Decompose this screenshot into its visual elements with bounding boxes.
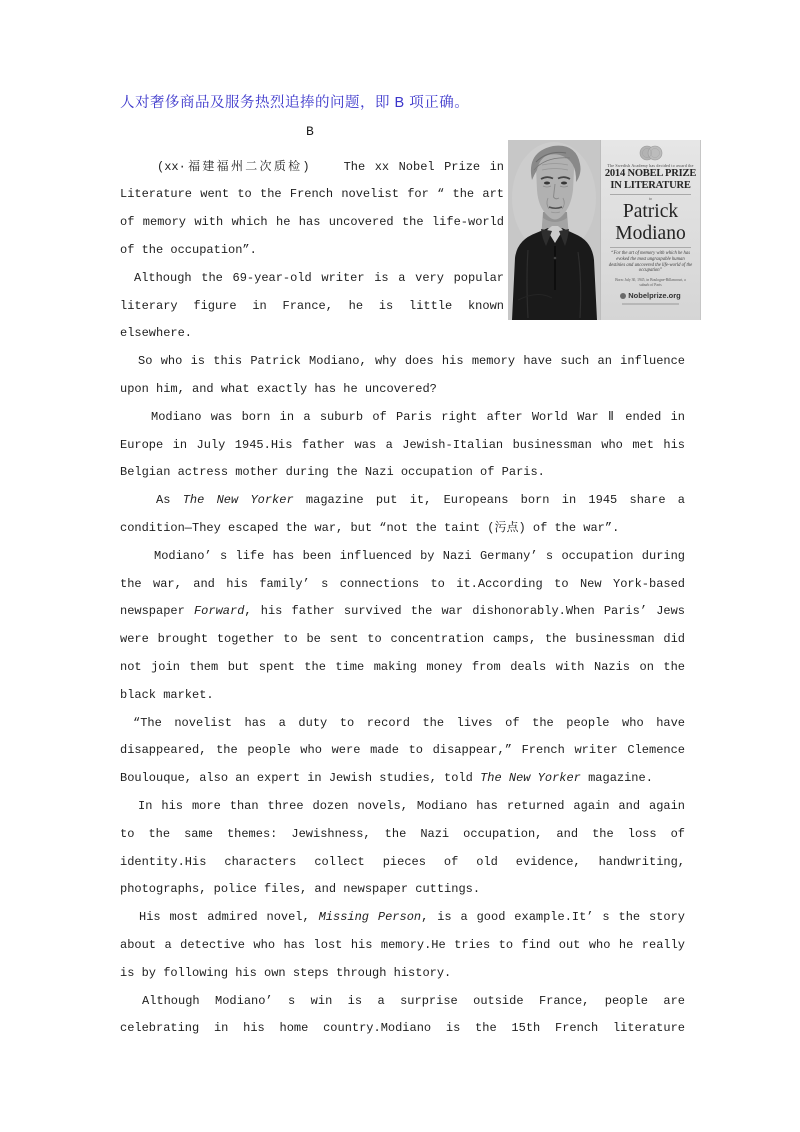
article-paragraph: “The novelist has a duty to record the l…	[120, 710, 685, 793]
publication-name: The New Yorker	[480, 771, 581, 785]
article-paragraph: His most admired novel, Missing Person, …	[120, 904, 685, 987]
article-body: 人对奢侈商品及服务热烈追捧的问题，即 B 项正确。 B (xx·福建福州二次质检…	[120, 90, 685, 1043]
article-paragraph: Modiano’ s life has been influenced by N…	[120, 543, 685, 710]
publication-name: The New Yorker	[183, 493, 294, 507]
paragraph-text: magazine.	[581, 771, 653, 785]
article-paragraph: In his more than three dozen novels, Mod…	[120, 793, 685, 904]
paragraph-text: Although the 69-year-old writer is a ver…	[120, 271, 504, 341]
article-paragraph: (xx·福建福州二次质检)The xx Nobel Prize in Liter…	[120, 154, 504, 265]
source-tag: (xx·福建福州二次质检)	[157, 160, 310, 174]
paragraph-text: In his more than three dozen novels, Mod…	[120, 799, 685, 896]
article-paragraph: As The New Yorker magazine put it, Europ…	[120, 487, 685, 543]
paragraph-text: Although Modiano’ s win is a surprise ou…	[120, 994, 685, 1036]
paragraph-text: Modiano was born in a suburb of Paris ri…	[120, 410, 685, 480]
paragraph-text: , his father survived the war dishonorab…	[120, 604, 685, 701]
article-paragraph: So who is this Patrick Modiano, why does…	[120, 348, 685, 404]
section-label: B	[120, 118, 685, 146]
paragraph-text: The xx Nobel Prize in Literature went to…	[120, 160, 504, 257]
article-paragraph: Although Modiano’ s win is a surprise ou…	[120, 988, 685, 1044]
intro-paragraphs: (xx·福建福州二次质检)The xx Nobel Prize in Liter…	[120, 154, 504, 349]
article-paragraph: Modiano was born in a suburb of Paris ri…	[120, 404, 685, 487]
publication-name: Forward	[194, 604, 244, 618]
novel-title: Missing Person	[319, 910, 422, 924]
paragraph-text: So who is this Patrick Modiano, why does…	[120, 354, 685, 396]
paragraph-text: His most admired novel,	[139, 910, 319, 924]
article-paragraph: Although the 69-year-old writer is a ver…	[120, 265, 504, 348]
answer-note: 人对奢侈商品及服务热烈追捧的问题，即 B 项正确。	[120, 90, 685, 118]
paragraph-text: As	[156, 493, 183, 507]
